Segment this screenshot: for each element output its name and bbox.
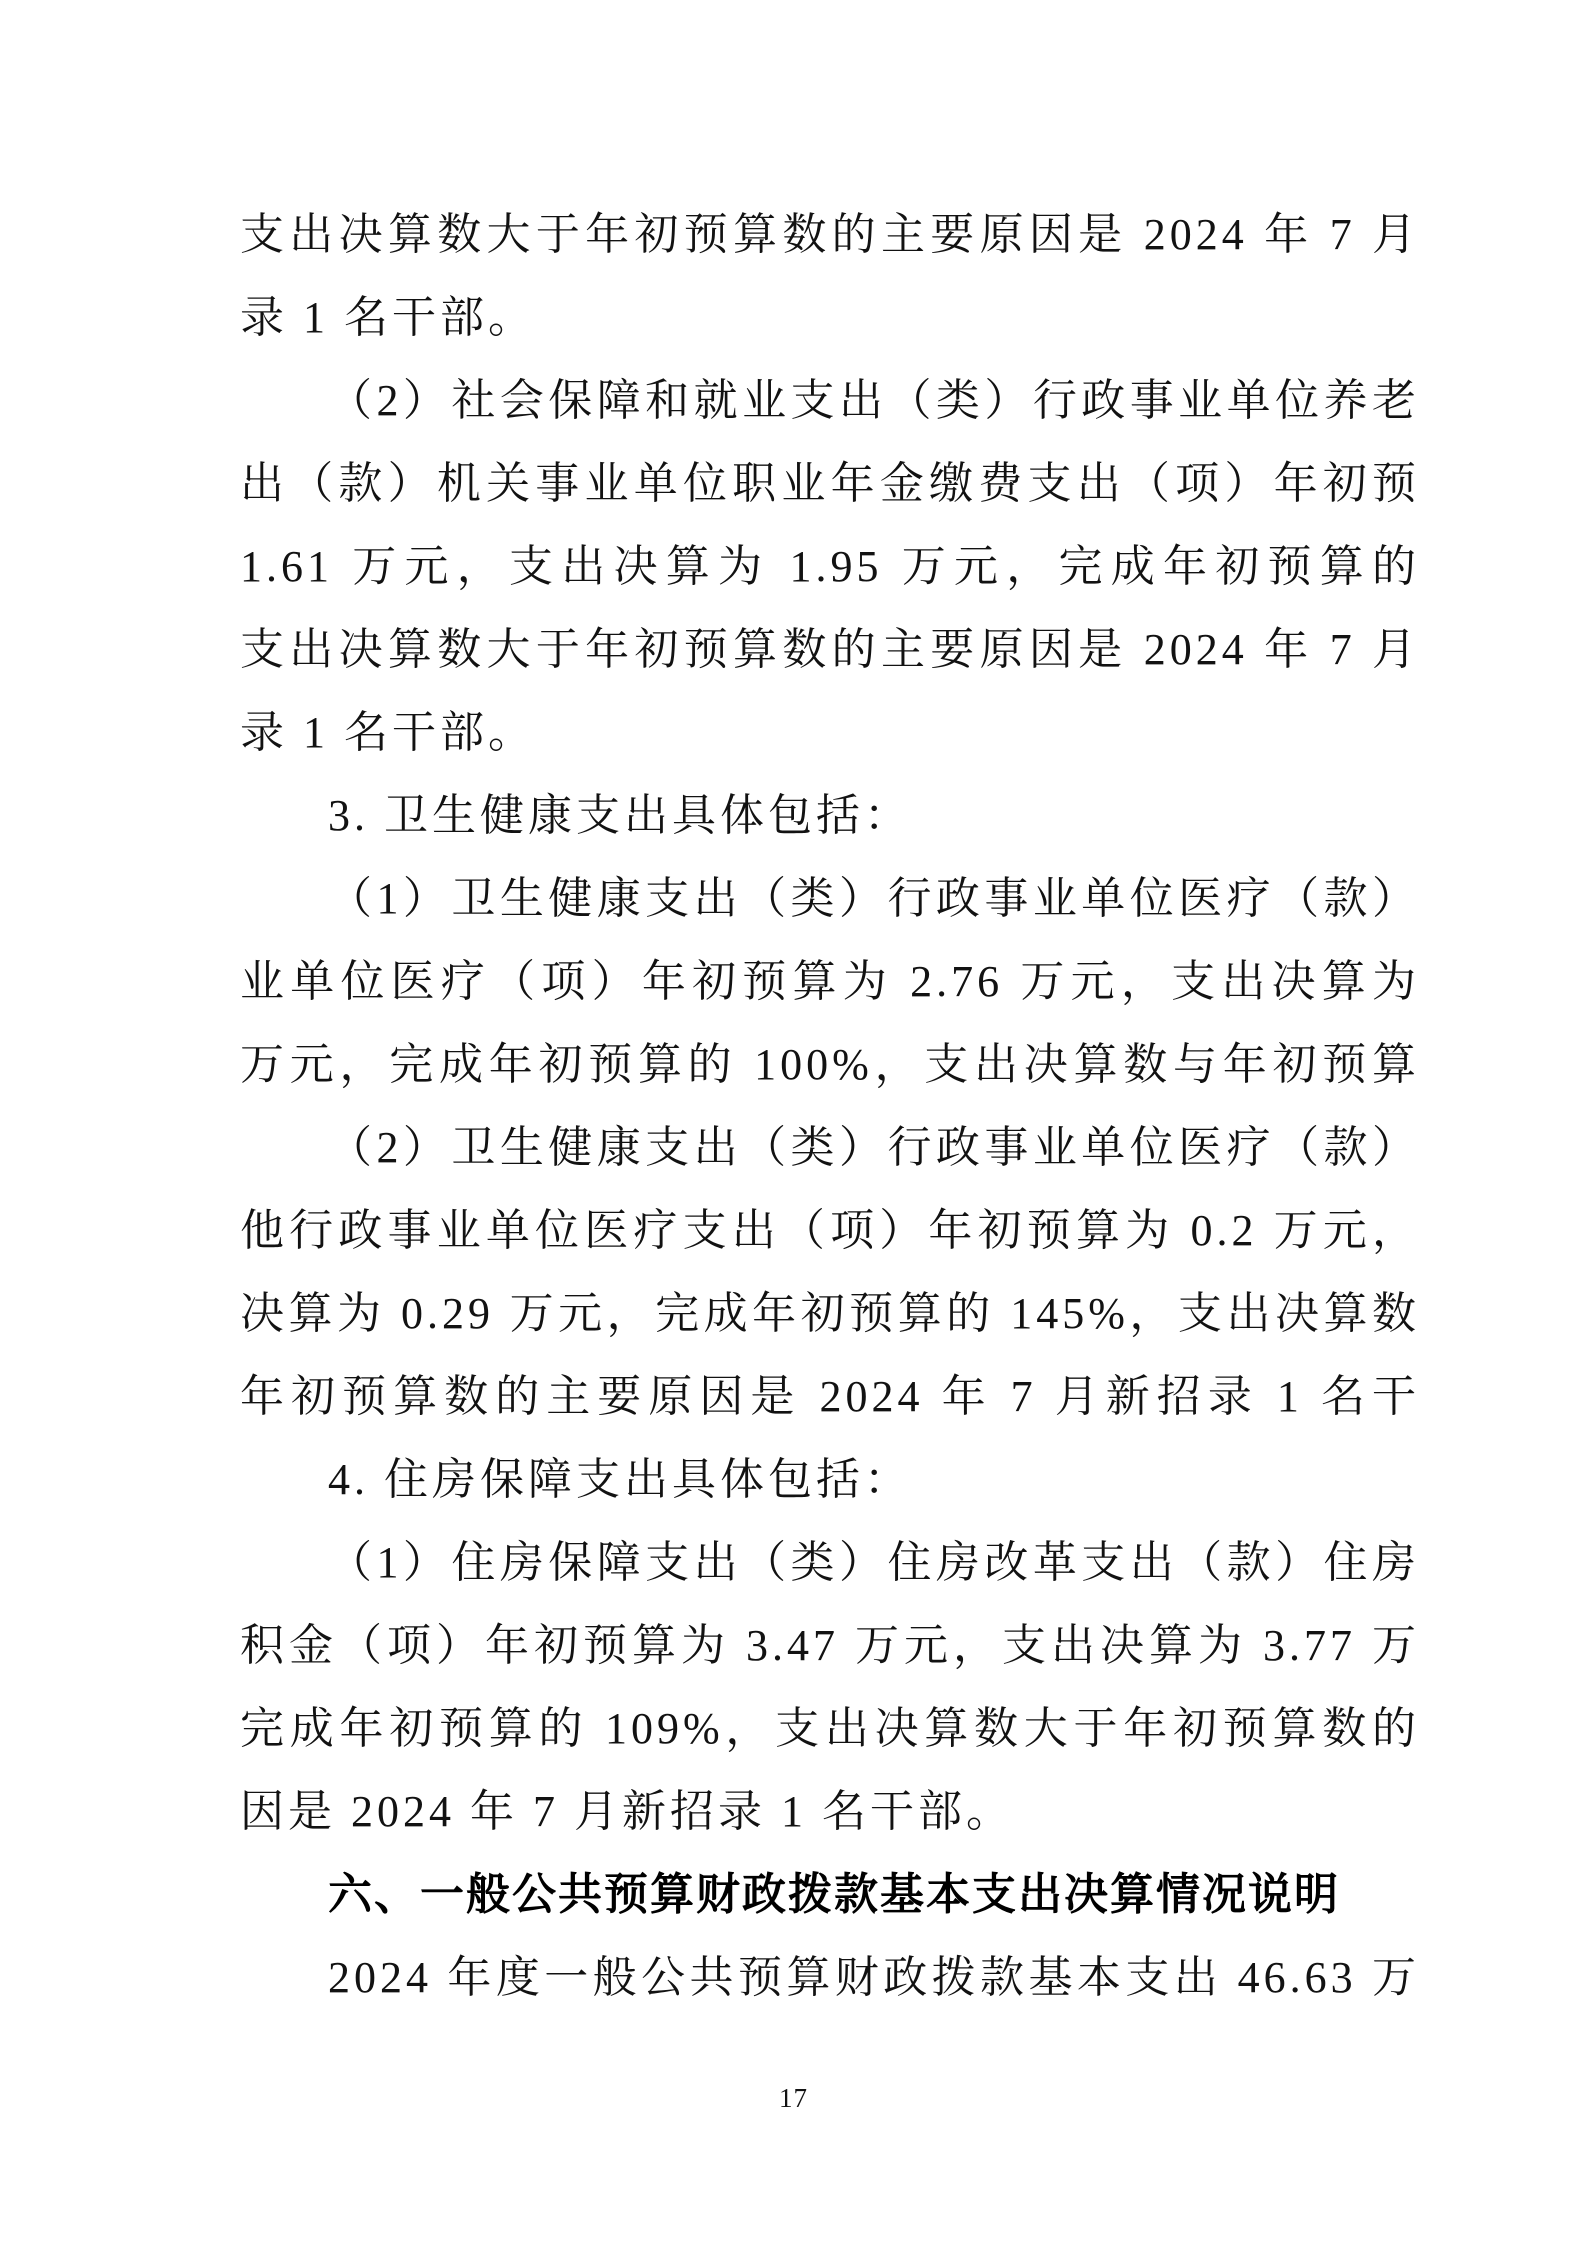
text-line: 万元，完成年初预算的 100%，支出决算数与年初预算数持平。 bbox=[240, 1023, 1420, 1106]
text-line: 支出决算数大于年初预算数的主要原因是 2024 年 7 月新招 bbox=[240, 608, 1420, 691]
text-line: 4. 住房保障支出具体包括： bbox=[240, 1438, 1420, 1521]
text-line: 1.61 万元，支出决算为 1.95 万元，完成年初预算的 121%， bbox=[240, 525, 1420, 608]
text-line: 出（款）机关事业单位职业年金缴费支出（项）年初预算为 bbox=[240, 442, 1420, 525]
text-line: 年初预算数的主要原因是 2024 年 7 月新招录 1 名干部。 bbox=[240, 1355, 1420, 1438]
text-line: 录 1 名干部。 bbox=[240, 276, 1420, 359]
text-line: 因是 2024 年 7 月新招录 1 名干部。 bbox=[240, 1770, 1420, 1853]
text-line: 2024 年度一般公共预算财政拨款基本支出 46.63 万元， bbox=[240, 1936, 1420, 2019]
text-line: 积金（项）年初预算为 3.47 万元，支出决算为 3.77 万元， bbox=[240, 1604, 1420, 1687]
page-number: 17 bbox=[0, 2078, 1587, 2118]
text-line: 3. 卫生健康支出具体包括： bbox=[240, 774, 1420, 857]
document-page: 支出决算数大于年初预算数的主要原因是 2024 年 7 月新招录 1 名干部。（… bbox=[0, 0, 1587, 2245]
text-line: （1）卫生健康支出（类）行政事业单位医疗（款）事 bbox=[240, 857, 1420, 940]
text-line: （2）卫生健康支出（类）行政事业单位医疗（款）其 bbox=[240, 1106, 1420, 1189]
section-heading: 六、一般公共预算财政拨款基本支出决算情况说明 bbox=[240, 1853, 1420, 1936]
text-line: （2）社会保障和就业支出（类）行政事业单位养老支 bbox=[240, 359, 1420, 442]
text-line: 他行政事业单位医疗支出（项）年初预算为 0.2 万元，支出 bbox=[240, 1189, 1420, 1272]
text-line: 决算为 0.29 万元，完成年初预算的 145%，支出决算数大于 bbox=[240, 1272, 1420, 1355]
text-line: 业单位医疗（项）年初预算为 2.76 万元，支出决算为 2.77 bbox=[240, 940, 1420, 1023]
document-body: 支出决算数大于年初预算数的主要原因是 2024 年 7 月新招录 1 名干部。（… bbox=[240, 193, 1420, 2019]
text-line: 支出决算数大于年初预算数的主要原因是 2024 年 7 月新招 bbox=[240, 193, 1420, 276]
text-line: 录 1 名干部。 bbox=[240, 691, 1420, 774]
text-line: （1）住房保障支出（类）住房改革支出（款）住房公 bbox=[240, 1521, 1420, 1604]
text-line: 完成年初预算的 109%，支出决算数大于年初预算数的主要原 bbox=[240, 1687, 1420, 1770]
